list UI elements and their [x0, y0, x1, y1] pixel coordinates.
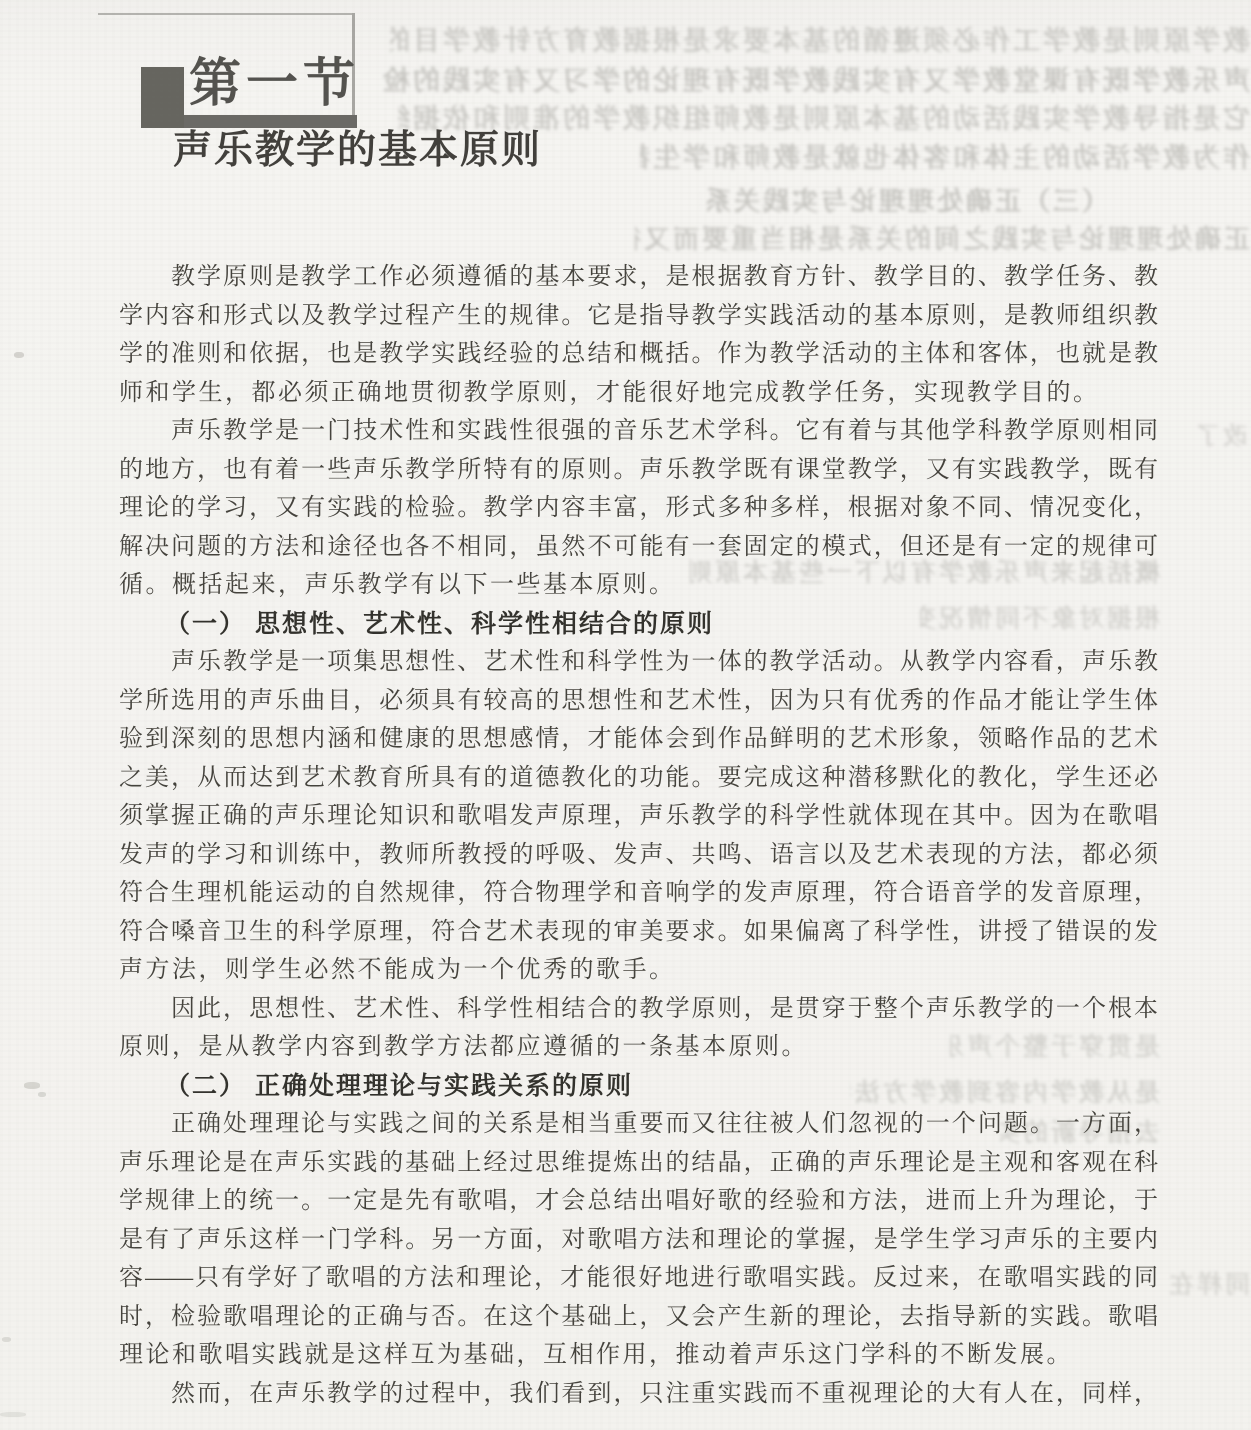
text-line: 声方法，则学生必然不能成为一个优秀的歌手。 [119, 951, 1158, 990]
bleedthrough-line: 教学原则是教学工作必须遵循的基本要求是根据教育方针教学目的任务 [390, 24, 1250, 58]
scan-speck [2, 1337, 11, 1342]
text-line: 理论和歌唱实践就是这样互为基础，互相作用，推动着声乐这门学科的不断发展。 [119, 1336, 1158, 1375]
text-line: 声乐教学是一项集思想性、艺术性和科学性为一体的教学活动。从教学内容看，声乐教 [119, 643, 1158, 682]
scan-speck [14, 352, 24, 358]
text-line: 符合嗓音卫生的科学原理，符合艺术表现的审美要求。如果偏离了科学性，讲授了错误的发 [119, 913, 1158, 952]
text-line: 学规律上的统一。一定是先有歌唱，才会总结出唱好歌的经验和方法，进而上升为理论，于 [119, 1182, 1158, 1221]
bleedthrough-line: 改了 [1162, 420, 1247, 454]
section-title: 声乐教学的基本原则 [173, 128, 542, 174]
text-line: 师和学生，都必须正确地贯彻教学原则，才能很好地完成教学任务，实现教学目的。 [119, 374, 1158, 413]
text-line: 学所选用的声乐曲目，必须具有较高的思想性和艺术性，因为只有优秀的作品才能让学生体 [119, 682, 1158, 721]
bleedthrough-line: 声乐教学既有课堂教学又有实践教学既有理论的学习又有实践的检验 [383, 64, 1250, 98]
subsection-heading: （二） 正确处理理论与实践关系的原则 [119, 1067, 1158, 1106]
text-line: 验到深刻的思想内涵和健康的思想感情，才能体会到作品鲜明的艺术形象，领略作品的艺术 [119, 720, 1158, 759]
text-line: 教学原则是教学工作必须遵循的基本要求，是根据教育方针、教学目的、教学任务、教 [119, 258, 1158, 297]
section-underline-bar [184, 115, 357, 128]
text-line: 原则，是从教学内容到教学方法都应遵循的一条基本原则。 [119, 1028, 1158, 1067]
text-line: 时，检验歌唱理论的正确与否。在这个基础上，又会产生新的理论，去指导新的实践。歌唱 [119, 1298, 1158, 1337]
text-line: 因此，思想性、艺术性、科学性相结合的教学原则，是贯穿于整个声乐教学的一个根本 [119, 990, 1158, 1029]
text-line: 解决问题的方法和途径也各不相同，虽然不可能有一套固定的模式，但还是有一定的规律可 [119, 528, 1158, 567]
text-line: 循。概括起来，声乐教学有以下一些基本原则。 [119, 566, 1158, 605]
scan-speck [38, 1092, 46, 1097]
text-line: 声乐理论是在声乐实践的基础上经过思维提炼出的结晶，正确的声乐理论是主观和客观在科 [119, 1144, 1158, 1183]
bleedthrough-line: （三）正确处理理论与实践关系的原则 [700, 184, 1108, 218]
text-line: 学的准则和依据，也是教学实践经验的总结和概括。作为教学活动的主体和客体，也就是教 [119, 335, 1158, 374]
subsection-heading: （一） 思想性、艺术性、科学性相结合的原则 [119, 605, 1158, 644]
scanned-page: 教学原则是教学工作必须遵循的基本要求是根据教育方针教学目的任务 声乐教学既有课堂… [0, 0, 1251, 1430]
section-number: 第一节 [189, 56, 349, 112]
text-line: 理论的学习，又有实践的检验。教学内容丰富，形式多种多样，根据对象不同、情况变化， [119, 489, 1158, 528]
bleedthrough-line: 作为教学活动的主体和客体也就是教师和学生都必须贯彻 [640, 141, 1250, 175]
text-line: 符合生理机能运动的自然规律，符合物理学和音响学的发声原理，符合语音学的发音原理， [119, 874, 1158, 913]
bleedthrough-line: 正确处理理论与实践之间的关系是相当重要而又往往被人们忽视 [635, 222, 1250, 256]
scan-speck [24, 1082, 40, 1089]
section-marker-square [141, 67, 184, 128]
text-line: 学内容和形式以及教学过程产生的规律。它是指导教学实践活动的基本原则，是教师组织教 [119, 297, 1158, 336]
text-line: 发声的学习和训练中，教师所教授的呼吸、发声、共鸣、语言以及艺术表现的方法，都必须 [119, 836, 1158, 875]
text-line: 声乐教学是一门技术性和实践性很强的音乐艺术学科。它有着与其他学科教学原则相同 [119, 412, 1158, 451]
text-line: 然而，在声乐教学的过程中，我们看到，只注重实践而不重视理论的大有人在，同样， [119, 1375, 1158, 1414]
text-line: 是有了声乐这样一门学科。另一方面，对歌唱方法和理论的掌握，是学生学习声乐的主要内 [119, 1221, 1158, 1260]
body-text: 教学原则是教学工作必须遵循的基本要求，是根据教育方针、教学目的、教学任务、教 学… [119, 258, 1158, 1413]
text-line: 容——只有学好了歌唱的方法和理论，才能很好地进行歌唱实践。反过来，在歌唱实践的同 [119, 1259, 1158, 1298]
section-box-top-rule [98, 13, 355, 15]
text-line: 正确处理理论与实践之间的关系是相当重要而又往往被人们忽视的一个问题。一方面， [119, 1105, 1158, 1144]
scan-speck [0, 1412, 26, 1417]
text-line: 须掌握正确的声乐理论知识和歌唱发声原理，声乐教学的科学性就体现在其中。因为在歌唱 [119, 797, 1158, 836]
text-line: 的地方，也有着一些声乐教学所特有的原则。声乐教学既有课堂教学，又有实践教学，既有 [119, 451, 1158, 490]
text-line: 之美，从而达到艺术教育所具有的道德教化的功能。要完成这种潜移默化的教化，学生还必 [119, 759, 1158, 798]
